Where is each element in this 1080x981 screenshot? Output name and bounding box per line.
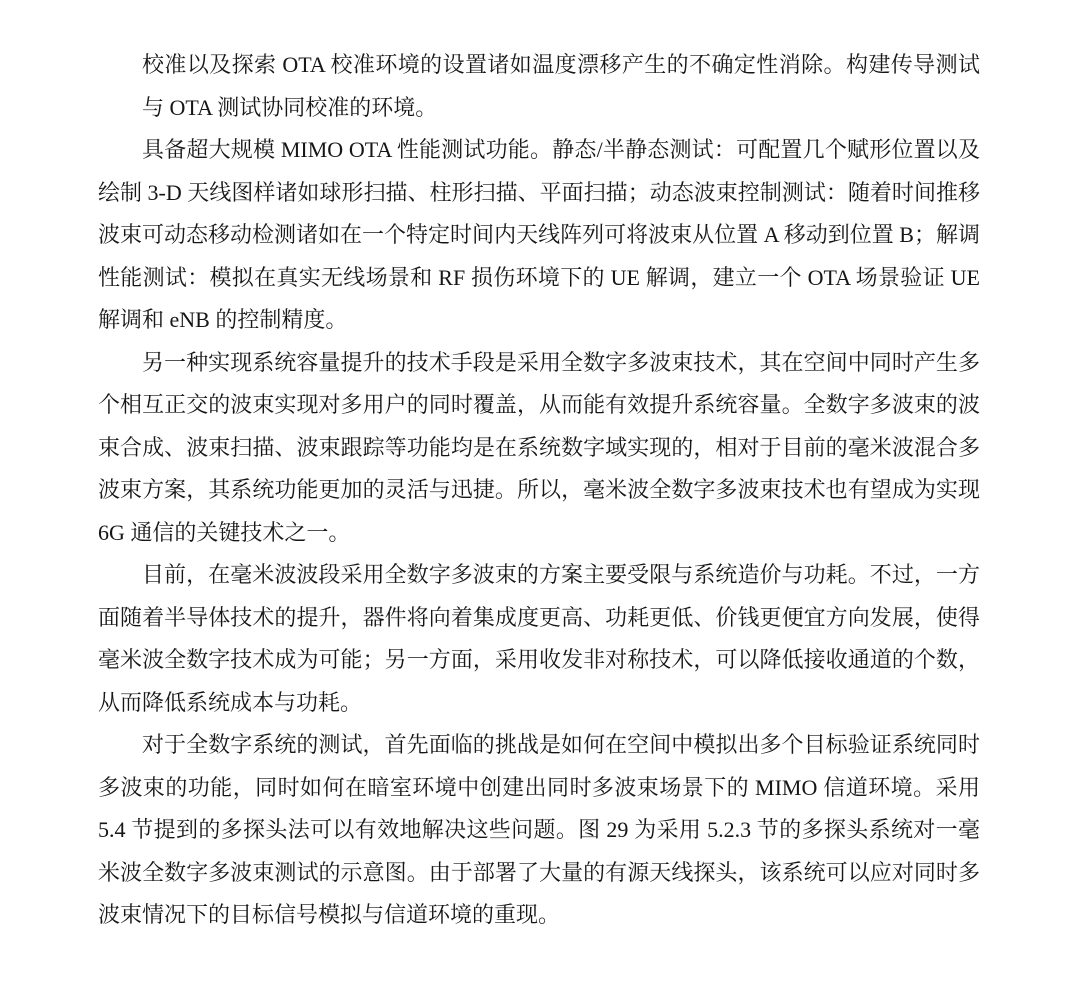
paragraph-mimo-ota-test: 具备超大规模 MIMO OTA 性能测试功能。静态/半静态测试：可配置几个赋形位…: [98, 129, 980, 342]
paragraph-full-digital-test: 对于全数字系统的测试，首先面临的挑战是如何在空间中模拟出多个目标验证系统同时多波…: [98, 724, 980, 937]
document-page: 校准以及探索 OTA 校准环境的设置诸如温度漂移产生的不确定性消除。构建传导测试…: [0, 0, 1080, 981]
text-column: 校准以及探索 OTA 校准环境的设置诸如温度漂移产生的不确定性消除。构建传导测试…: [98, 44, 980, 937]
paragraph-continuation: 校准以及探索 OTA 校准环境的设置诸如温度漂移产生的不确定性消除。构建传导测试…: [98, 44, 980, 129]
paragraph-cost-power: 目前，在毫米波波段采用全数字多波束的方案主要受限与系统造价与功耗。不过，一方面随…: [98, 554, 980, 724]
paragraph-digital-multibeam: 另一种实现系统容量提升的技术手段是采用全数字多波束技术，其在空间中同时产生多个相…: [98, 342, 980, 555]
